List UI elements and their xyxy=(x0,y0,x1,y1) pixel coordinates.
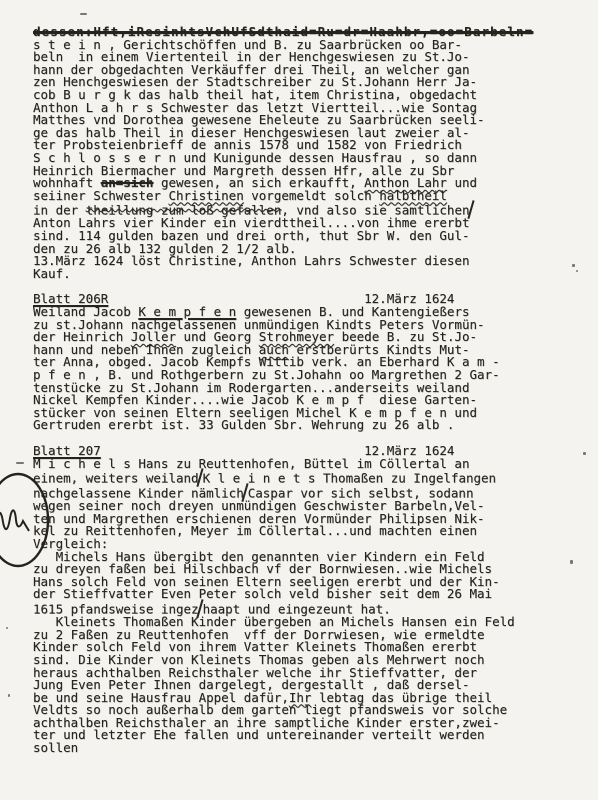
margin-scribble-icon xyxy=(0,468,50,574)
section-heading-date: 12.März 1624 xyxy=(364,293,454,306)
text-segment: der Stieffvatter Even Peter solch veld b… xyxy=(33,586,492,601)
ink-speck xyxy=(6,627,8,629)
text-line: ter und letzter Ehe fallen und untereina… xyxy=(33,729,590,742)
text-line: Gertruden ererbt ist. 33 Gulden Sbr. Weh… xyxy=(33,419,590,432)
ink-speck xyxy=(572,264,575,267)
section-heading-label: Blatt 206R xyxy=(33,291,108,306)
handwritten-slash-mark xyxy=(470,202,474,215)
text-line: einem, weiters weilandK l e i n e t s Th… xyxy=(33,470,590,485)
text-line: M i c h e l s Hans zu Reuttenhofen, Bütt… xyxy=(33,458,590,471)
text-segment: sollen xyxy=(33,740,78,755)
section-heading: Blatt 206R12.März 1624 xyxy=(33,293,590,306)
text-segment: Kauf. xyxy=(33,266,71,281)
section-heading: Blatt 20712.März 1624 xyxy=(33,445,590,458)
text-segment: vorgemeldt solch xyxy=(244,188,379,203)
section-heading-date: 12.März 1624 xyxy=(364,445,454,458)
ink-speck xyxy=(576,270,578,272)
text-segment: ter und letzter Ehe fallen und untereina… xyxy=(33,727,485,742)
text-line: Kauf. xyxy=(33,268,590,281)
ink-speck xyxy=(583,452,586,455)
text-segment: einem, weiters weiland xyxy=(33,471,199,486)
ink-speck xyxy=(570,560,573,564)
ink-speck xyxy=(80,13,87,15)
text-line: 13.März 1624 löst Christine, Anthon Lahr… xyxy=(33,255,590,268)
text-segment: und xyxy=(447,175,477,190)
document-page: dessen:Hft,iResinhtsVchUfSdthaid=Ru=dr=H… xyxy=(0,0,598,800)
handwritten-slash-mark xyxy=(244,485,248,498)
text-segment: Gertruden ererbt ist. 33 Gulden Sbr. Weh… xyxy=(33,417,454,432)
handwritten-slash-mark xyxy=(199,470,203,483)
text-line: sollen xyxy=(33,742,590,755)
text-line: der Stieffvatter Even Peter solch veld b… xyxy=(33,588,590,601)
ink-speck xyxy=(8,694,10,697)
text-line: kel zu Reittenhofen, Meyer im Cöllertal.… xyxy=(33,525,590,538)
text-segment: seiiner Schwester xyxy=(33,188,168,203)
ink-speck xyxy=(16,462,24,464)
text-segment: halbtheil xyxy=(379,188,447,203)
text-segment: Christinen xyxy=(168,188,243,203)
section-heading-label: Blatt 207 xyxy=(33,443,101,458)
text-segment: 13.März 1624 löst Christine, Anthon Lahr… xyxy=(33,253,470,268)
text-line: seiiner Schwester Christinen vorgemeldt … xyxy=(33,190,590,203)
handwritten-slash-mark xyxy=(199,601,203,614)
document-body: dessen:Hft,iResinhtsVchUfSdthaid=Ru=dr=H… xyxy=(33,26,590,755)
